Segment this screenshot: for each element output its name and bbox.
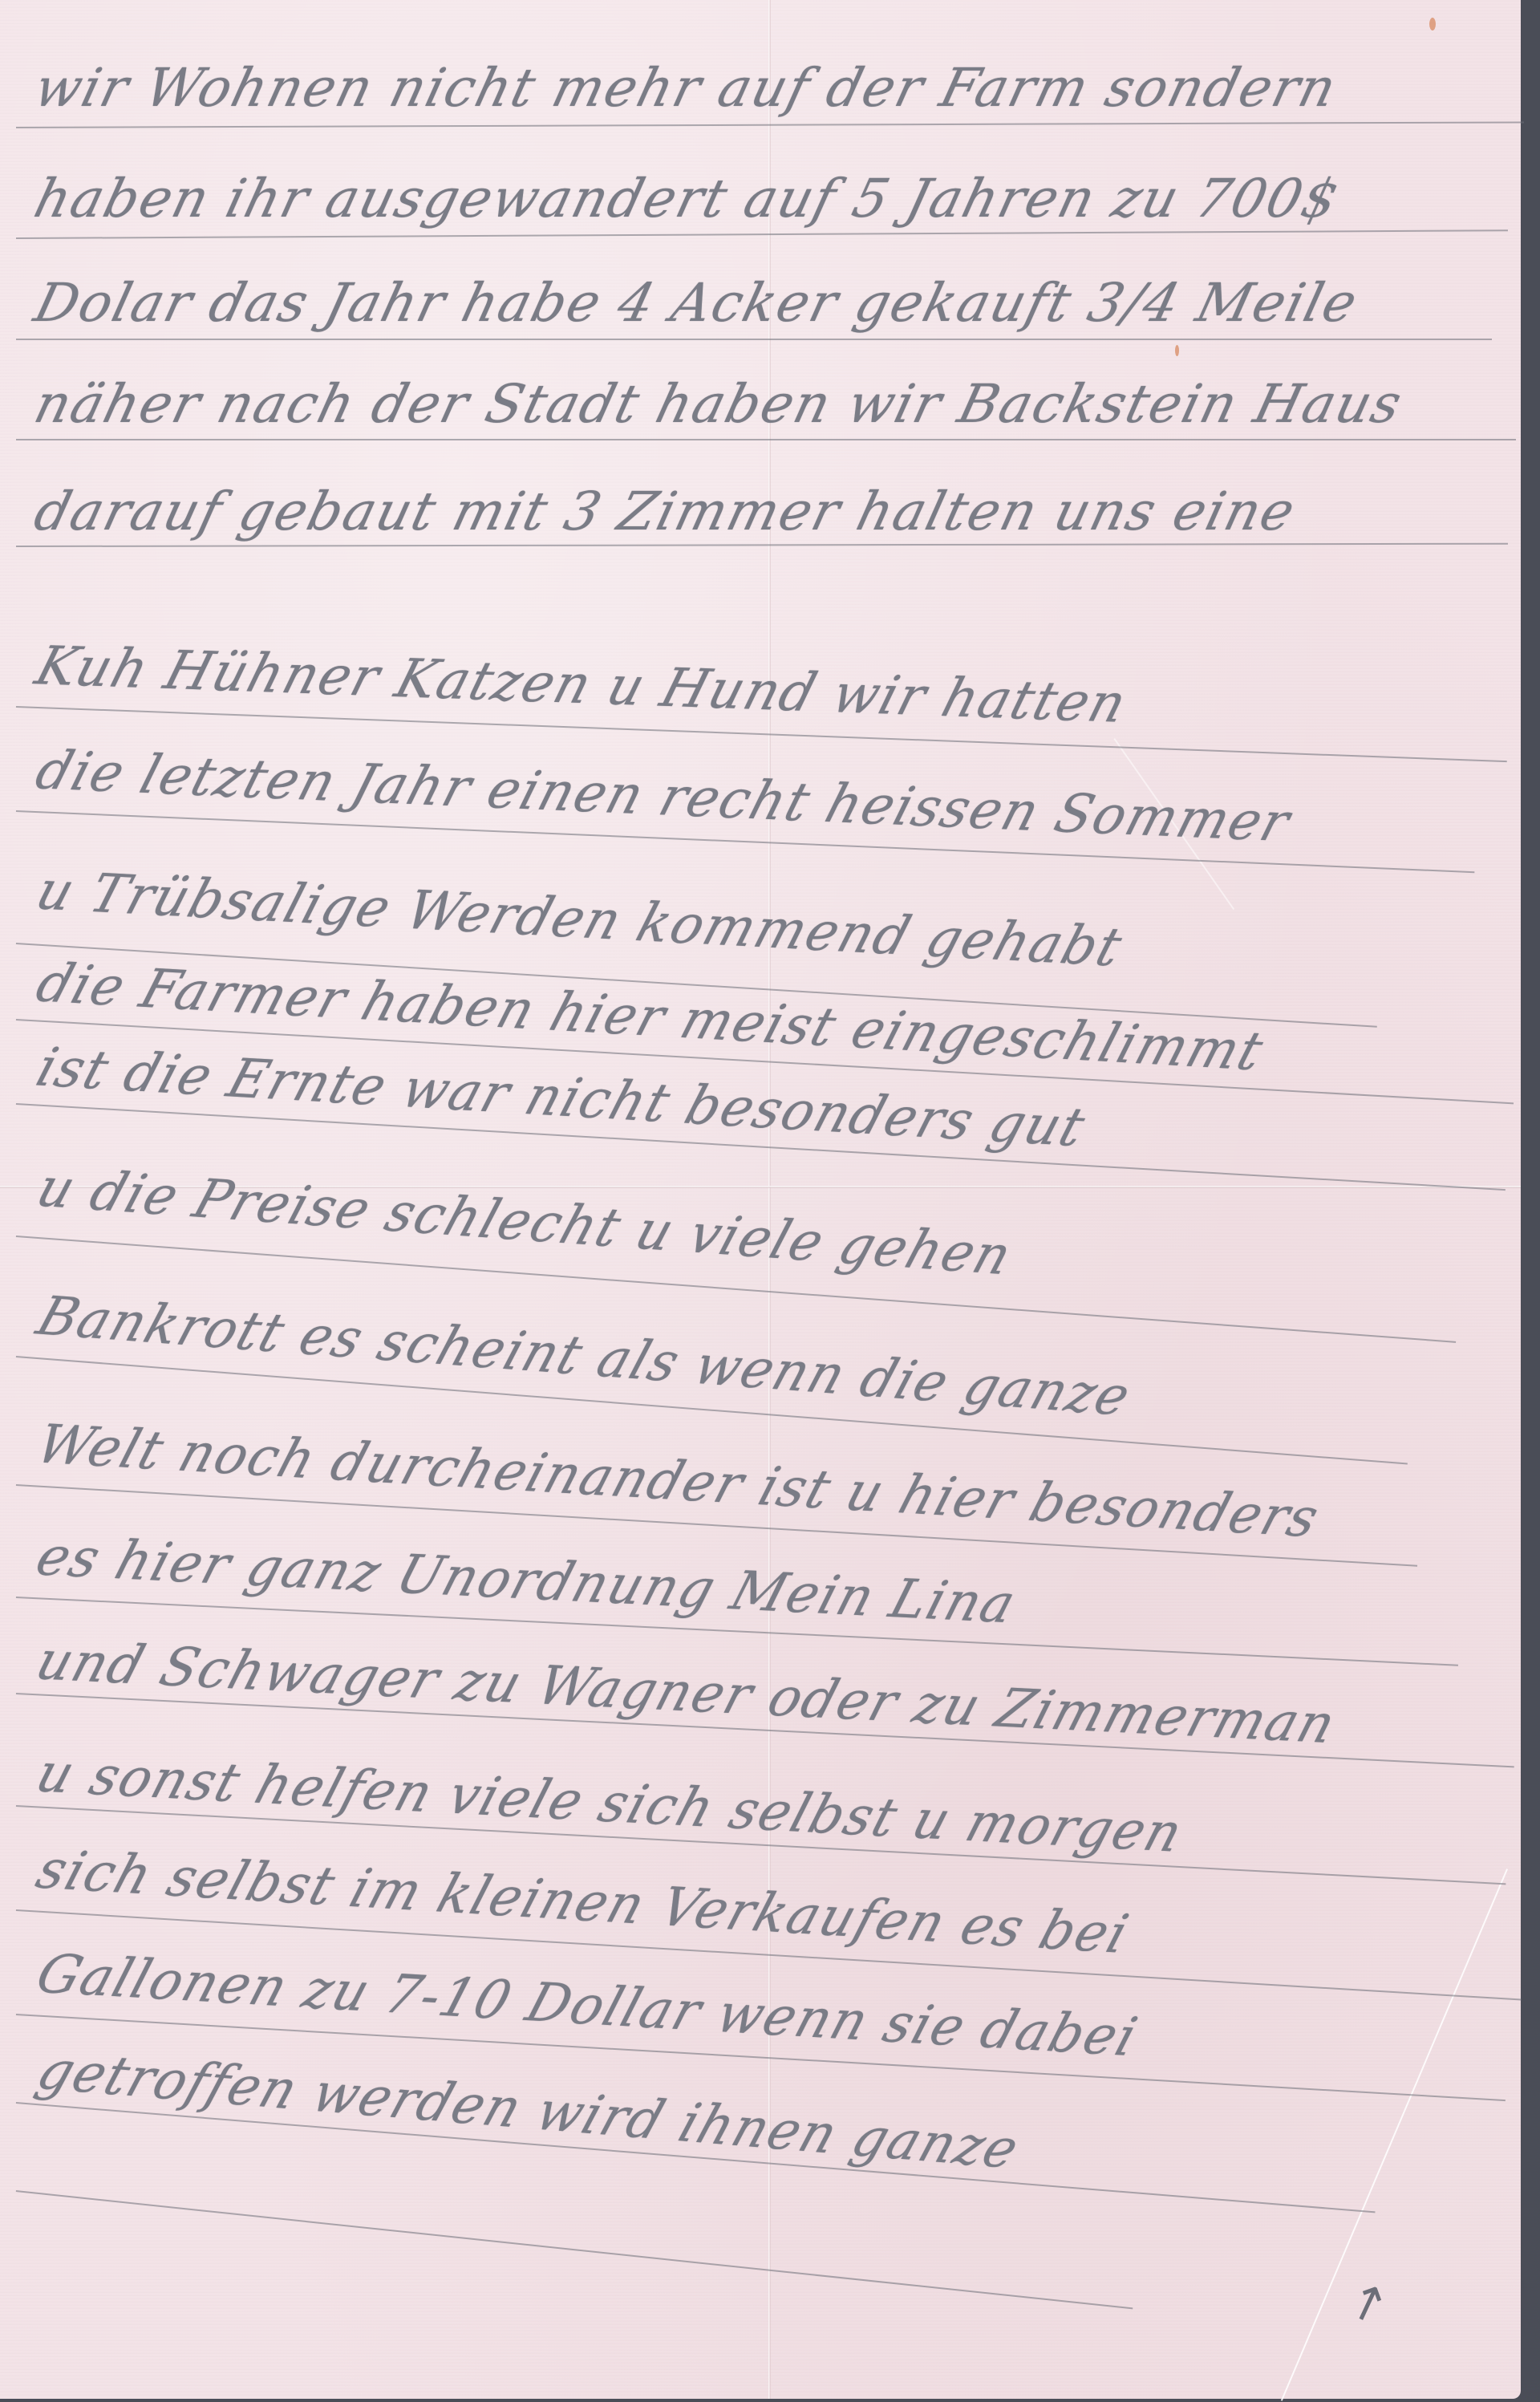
handwritten-line: Dolar das Jahr habe 4 Acker gekauft 3/4 … xyxy=(24,255,1524,351)
rust-spot xyxy=(1429,18,1436,30)
handwritten-line: näher nach der Stadt haben wir Backstein… xyxy=(24,356,1524,452)
handwritten-line: haben ihr ausgewandert auf 5 Jahren zu 7… xyxy=(24,151,1524,247)
handwritten-line: wir Wohnen nicht mehr auf der Farm sonde… xyxy=(24,40,1524,136)
handwritten-line: darauf gebaut mit 3 Zimmer halten uns ei… xyxy=(24,464,1524,560)
letter-page: wir Wohnen nicht mehr auf der Farm sonde… xyxy=(0,0,1521,2399)
ruled-line xyxy=(16,2190,1133,2309)
page-continuation-mark: ↗ xyxy=(1339,2270,1396,2336)
